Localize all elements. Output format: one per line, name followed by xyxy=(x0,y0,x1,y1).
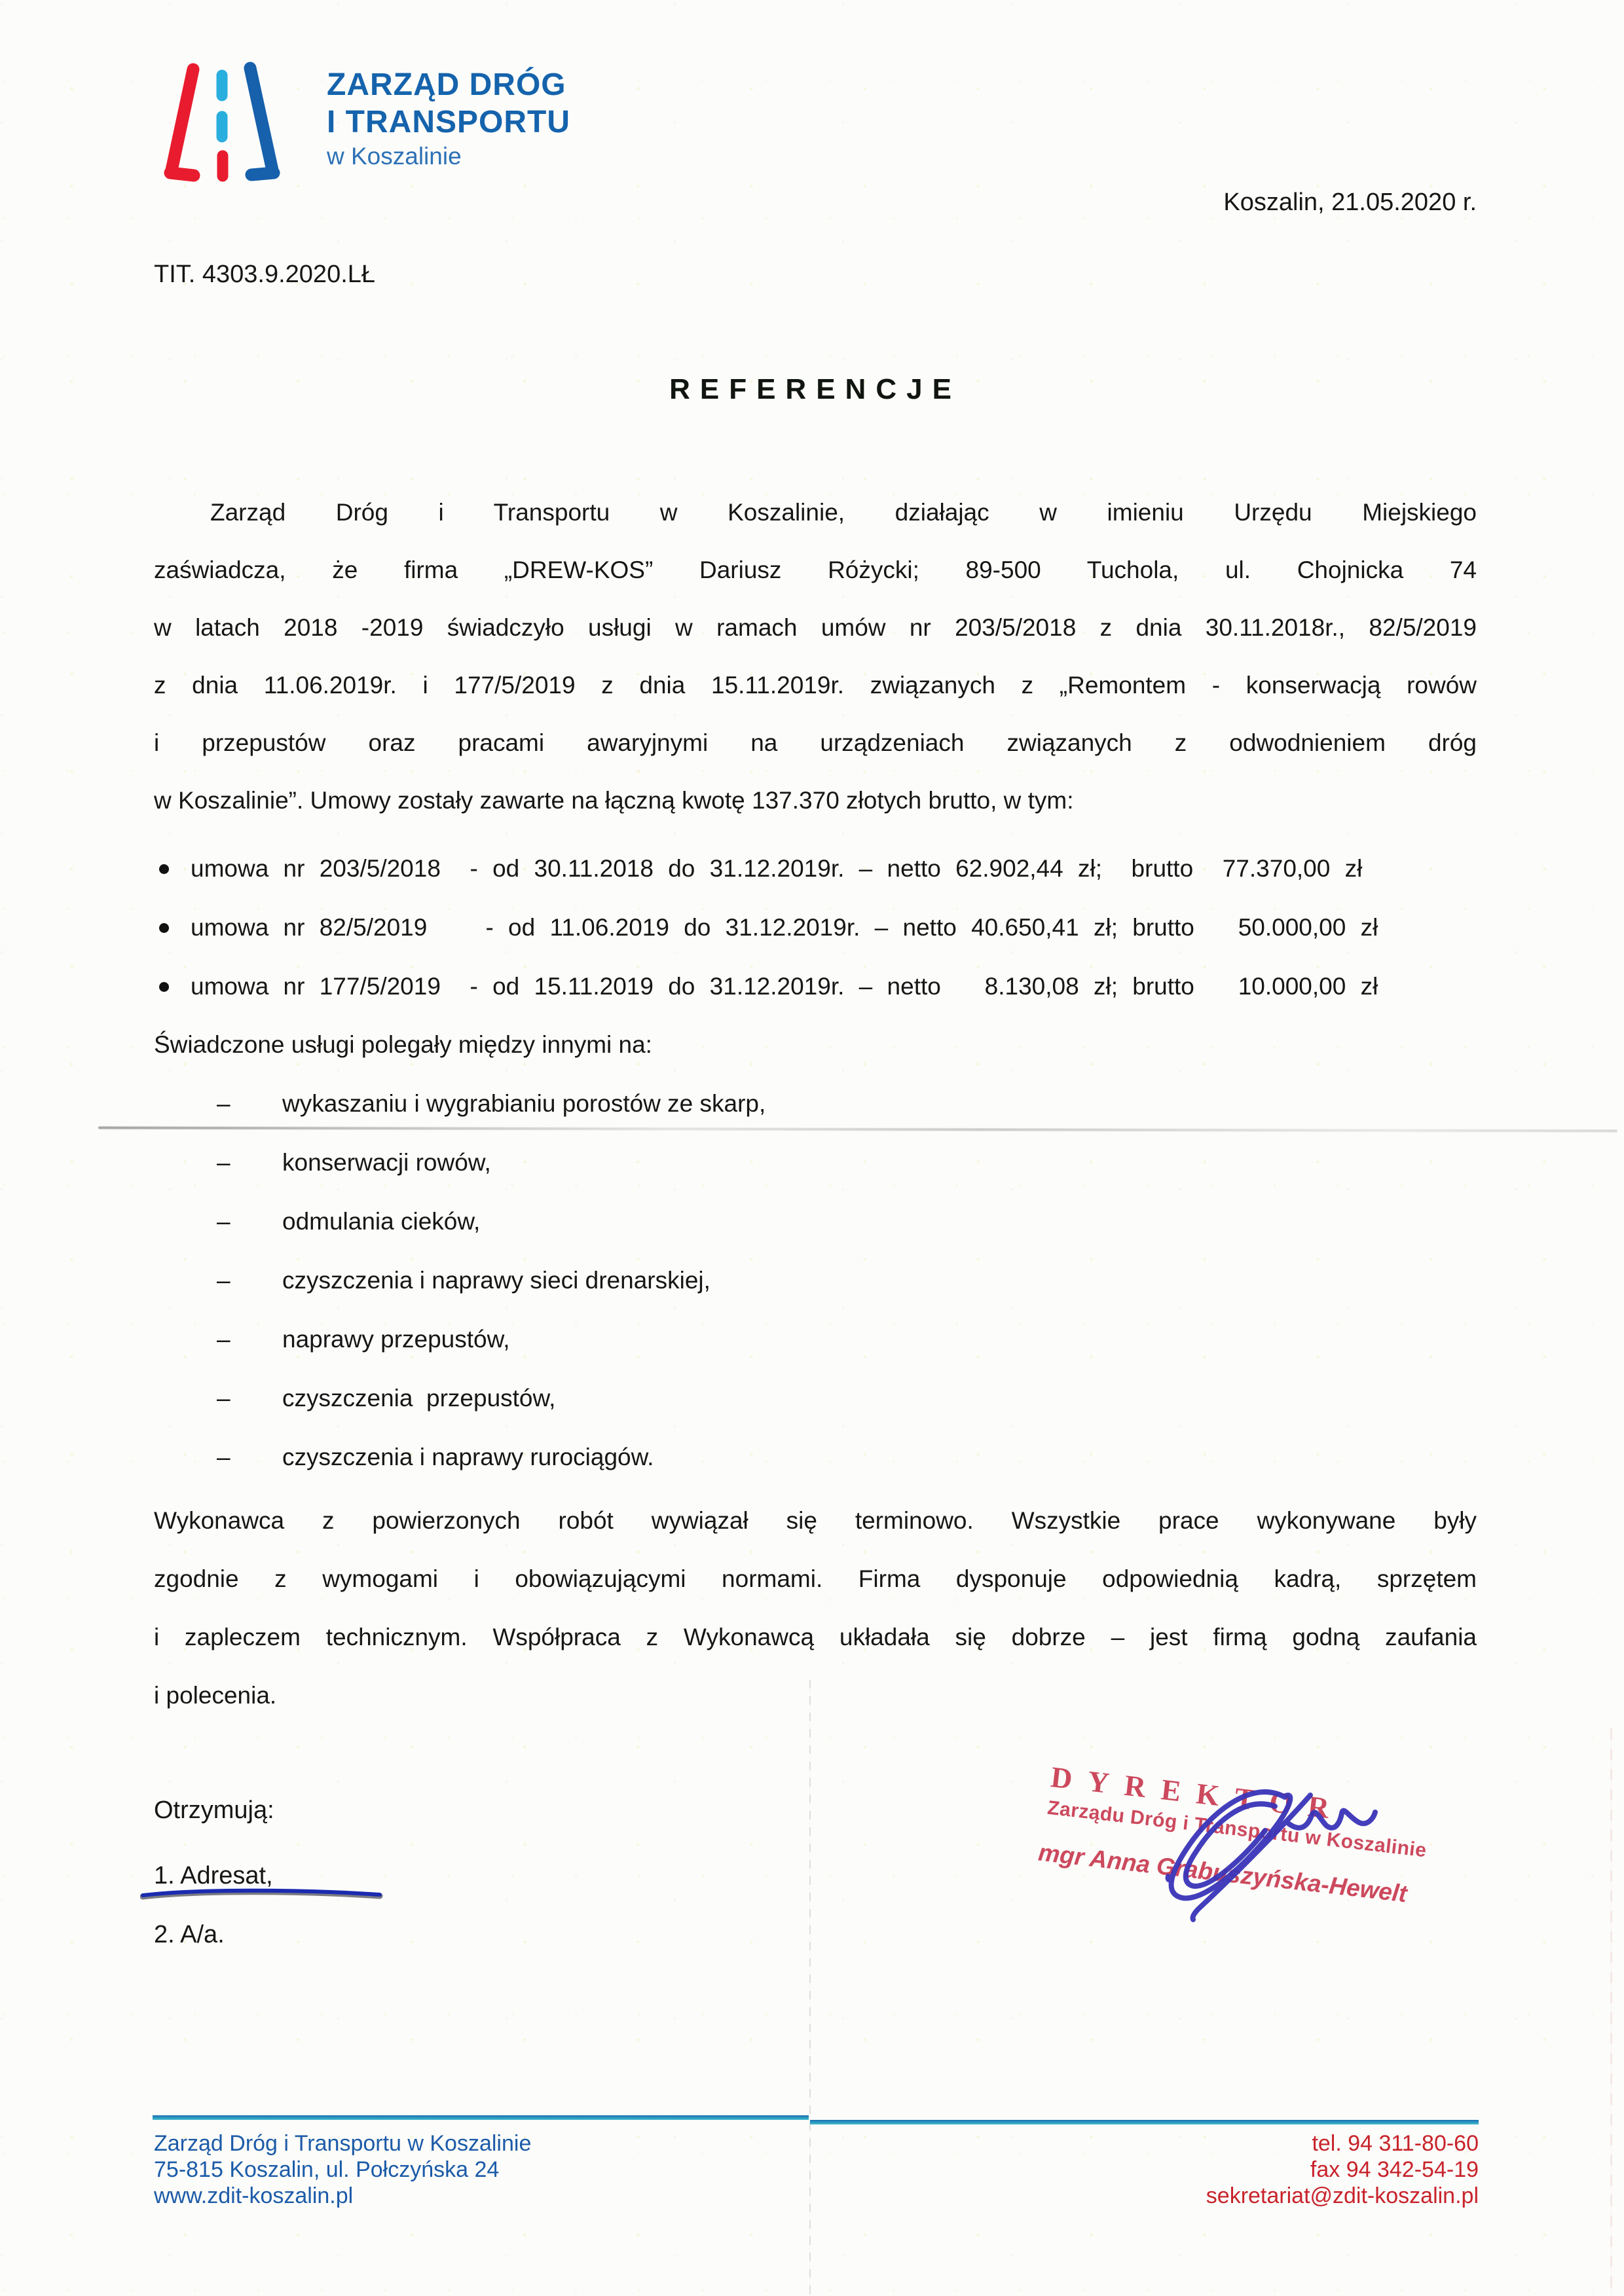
footer-contact-right: tel. 94 311-80-60 fax 94 342-54-19 sekre… xyxy=(851,2130,1479,2209)
intro-line: i przepustów oraz pracami awaryjnymi na … xyxy=(154,714,1477,772)
document-title: REFERENCJE xyxy=(154,373,1477,406)
intro-line: zaświadcza, że firma „DREW-KOS” Dariusz … xyxy=(154,541,1477,599)
dash-marker: – xyxy=(217,1192,282,1251)
footer-rule-left xyxy=(153,2115,809,2120)
org-logo-text: ZARZĄD DRÓG I TRANSPORTU w Koszalinie xyxy=(327,66,570,172)
dash-marker: – xyxy=(217,1310,282,1369)
signature-scribble xyxy=(1146,1760,1421,1937)
footer-contact-left: Zarząd Dróg i Transportu w Koszalinie 75… xyxy=(154,2130,531,2209)
intro-line: Zarząd Dróg i Transportu w Koszalinie, d… xyxy=(154,484,1477,541)
footer-fax: fax 94 342-54-19 xyxy=(851,2157,1479,2183)
footer-email: sekretariat@zdit-koszalin.pl xyxy=(851,2183,1479,2209)
closing-line: Wykonawca z powierzonych robót wywiązał … xyxy=(154,1491,1477,1550)
closing-paragraph: Wykonawca z powierzonych robót wywiązał … xyxy=(154,1491,1477,1724)
reference-number: TIT. 4303.9.2020.LŁ xyxy=(154,261,375,289)
dash-marker: – xyxy=(217,1428,282,1487)
services-heading: Świadczone usługi polegały między innymi… xyxy=(154,1016,1477,1074)
services-list: – wykaszaniu i wygrabianiu porostów ze s… xyxy=(154,1074,1477,1487)
service-list-item: – odmulania cieków, xyxy=(154,1192,1477,1251)
dash-marker: – xyxy=(217,1074,282,1133)
service-list-item: – naprawy przepustów, xyxy=(154,1310,1477,1369)
closing-line: zgodnie z wymogami i obowiązującymi norm… xyxy=(154,1550,1477,1608)
service-list-item: – czyszczenia i naprawy rurociągów. xyxy=(154,1428,1477,1487)
service-list-item: – czyszczenia i naprawy sieci drenarskie… xyxy=(154,1251,1477,1310)
footer-rule-right xyxy=(810,2120,1479,2124)
footer-website: www.zdit-koszalin.pl xyxy=(154,2183,531,2209)
service-list-item: – czyszczenia przepustów, xyxy=(154,1369,1477,1428)
pen-underline xyxy=(140,1886,384,1903)
intro-line: z dnia 11.06.2019r. i 177/5/2019 z dnia … xyxy=(154,657,1477,714)
contract-list: umowa nr 203/5/2018 - od 30.11.2018 do 3… xyxy=(154,839,1477,1016)
page: ZARZĄD DRÓG I TRANSPORTU w Koszalinie Ko… xyxy=(0,0,1624,2296)
contract-list-item: umowa nr 203/5/2018 - od 30.11.2018 do 3… xyxy=(154,839,1477,898)
intro-paragraph: Zarząd Dróg i Transportu w Koszalinie, d… xyxy=(154,484,1477,829)
org-name-line1: ZARZĄD DRÓG xyxy=(327,66,570,103)
org-name-line3: w Koszalinie xyxy=(327,141,570,172)
intro-line: w Koszalinie”. Umowy zostały zawarte na … xyxy=(154,772,1477,829)
contract-list-item: umowa nr 177/5/2019 - od 15.11.2019 do 3… xyxy=(154,957,1477,1016)
closing-line: i zapleczem technicznym. Współpraca z Wy… xyxy=(154,1608,1477,1666)
closing-line: i polecenia. xyxy=(154,1666,1477,1724)
place-date: Koszalin, 21.05.2020 r. xyxy=(154,189,1477,217)
service-list-item: – wykaszaniu i wygrabianiu porostów ze s… xyxy=(154,1074,1477,1133)
service-list-item: – konserwacji rowów, xyxy=(154,1133,1477,1192)
footer-org-name: Zarząd Dróg i Transportu w Koszalinie xyxy=(154,2130,531,2157)
paper-edge-crease xyxy=(1610,1728,1612,2296)
footer-phone: tel. 94 311-80-60 xyxy=(851,2130,1479,2157)
distribution-item-aa: 2. A/a. xyxy=(154,1906,225,1963)
dash-marker: – xyxy=(217,1133,282,1192)
org-name-line2: I TRANSPORTU xyxy=(327,103,570,141)
footer-address: 75-815 Koszalin, ul. Połczyńska 24 xyxy=(154,2157,531,2183)
dash-marker: – xyxy=(217,1251,282,1310)
distribution-heading: Otrzymują: xyxy=(154,1781,274,1839)
contract-list-item: umowa nr 82/5/2019 - od 11.06.2019 do 31… xyxy=(154,898,1477,957)
dash-marker: – xyxy=(217,1369,282,1428)
intro-line: w latach 2018 -2019 świadczyło usługi w … xyxy=(154,599,1477,657)
fold-crease-vertical xyxy=(809,1680,811,2296)
